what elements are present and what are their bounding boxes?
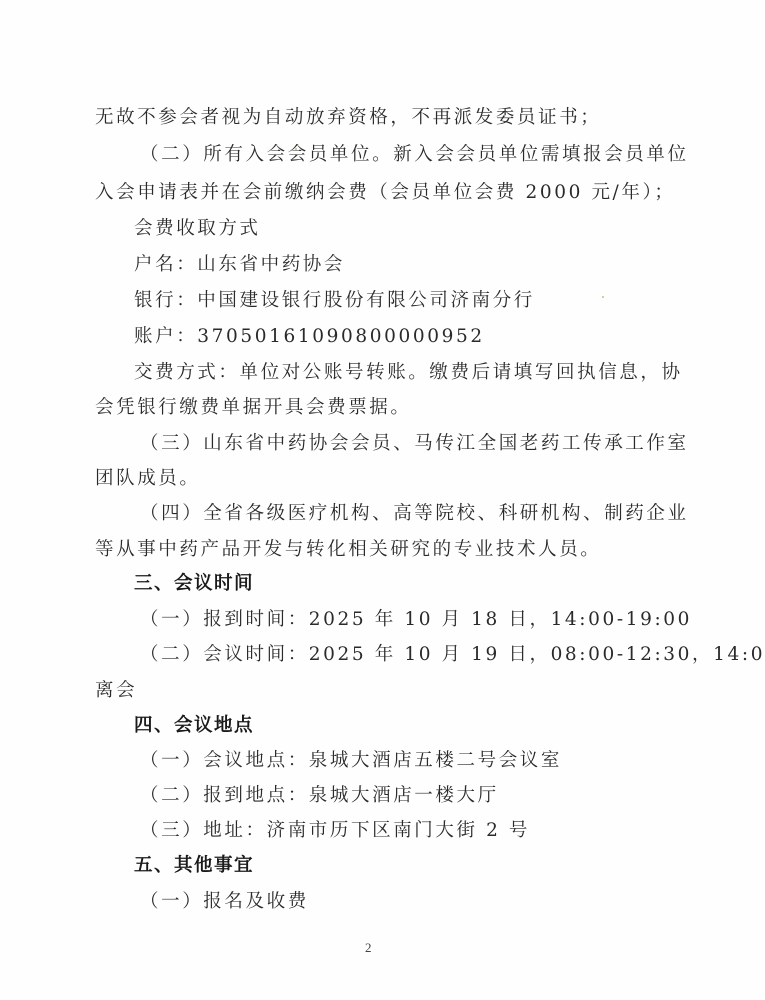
- registration-location: （二）报到地点：泉城大酒店一楼大厅: [140, 784, 700, 808]
- section-heading-other-matters: 五、其他事宜: [134, 854, 694, 878]
- text-line: 入会申请表并在会前缴纳会费（会员单位会费 2000 元/年）；: [95, 181, 655, 205]
- account-name: 户名：山东省中药协会: [134, 253, 694, 277]
- fee-method-label: 会费收取方式: [134, 217, 694, 241]
- meeting-time: （二）会议时间：2025 年 10 月 19 日，08:00-12:30，14:…: [140, 643, 700, 667]
- scan-speck: [602, 296, 604, 298]
- text-line: 无故不参会者视为自动放弃资格，不再派发委员证书；: [95, 106, 655, 130]
- registration-time: （一）报到时间：2025 年 10 月 18 日，14:00-19:00: [140, 608, 700, 632]
- text-line: 会凭银行缴费单据开具会费票据。: [95, 396, 655, 420]
- account-number: 账户：37050161090800000952: [134, 325, 694, 349]
- bank-name: 银行：中国建设银行股份有限公司济南分行: [134, 289, 694, 313]
- text-line: 等从事中药产品开发与转化相关研究的专业技术人员。: [95, 538, 655, 562]
- address: （三）地址：济南市历下区南门大街 2 号: [140, 819, 700, 843]
- text-line: 离会: [95, 679, 655, 703]
- registration-and-fees: （一）报名及收费: [140, 890, 700, 914]
- section-heading-meeting-location: 四、会议地点: [134, 714, 694, 738]
- text-line: 团队成员。: [95, 467, 655, 491]
- page-number: 2: [365, 940, 372, 956]
- meeting-location: （一）会议地点：泉城大酒店五楼二号会议室: [140, 749, 700, 773]
- document-page: 无故不参会者视为自动放弃资格，不再派发委员证书； （二）所有入会会员单位。新入会…: [0, 0, 765, 1000]
- list-item-association-members: （三）山东省中药协会会员、马传江全国老药工传承工作室: [140, 432, 700, 456]
- payment-method: 交费方式：单位对公账号转账。缴费后请填写回执信息，协: [134, 361, 694, 385]
- list-item-membership-units: （二）所有入会会员单位。新入会会员单位需填报会员单位: [140, 143, 700, 167]
- section-heading-meeting-time: 三、会议时间: [134, 572, 694, 596]
- list-item-professionals: （四）全省各级医疗机构、高等院校、科研机构、制药企业: [140, 502, 700, 526]
- scan-speck: [295, 148, 297, 150]
